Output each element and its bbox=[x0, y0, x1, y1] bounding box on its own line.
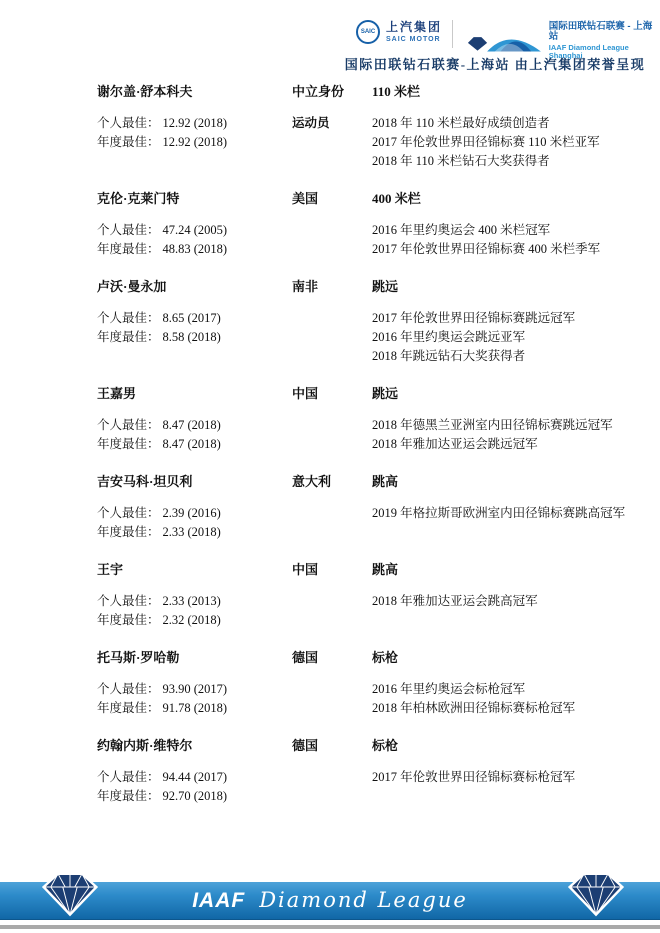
sb-label: 年度最佳： bbox=[97, 613, 160, 627]
footer-brand-league: Diamond League bbox=[259, 888, 468, 912]
sb-value: 2.33 (2018) bbox=[163, 525, 221, 539]
pb-label: 个人最佳： bbox=[97, 418, 160, 432]
athlete-block: 约翰内斯·维特尔 德国 标枪 个人最佳：94.44 (2017) 年度最佳：92… bbox=[97, 738, 642, 806]
pb-label: 个人最佳： bbox=[97, 506, 160, 520]
achievement: 2018 年跳远钻石大奖获得者 bbox=[372, 347, 642, 366]
saic-name-cn: 上汽集团 bbox=[386, 21, 442, 33]
athlete-event: 400 米栏 bbox=[372, 191, 642, 206]
page-bottom-edge bbox=[0, 925, 660, 929]
achievement: 2018 年雅加达亚运会跳远冠军 bbox=[372, 435, 642, 454]
athlete-event: 110 米栏 bbox=[372, 84, 642, 99]
athlete-block: 谢尔盖·舒本科夫 中立身份 110 米栏 个人最佳：12.92 (2018) 年… bbox=[97, 84, 642, 171]
athlete-name: 约翰内斯·维特尔 bbox=[97, 738, 292, 753]
achievement: 2017 年伦敦世界田径锦标赛跳远冠军 bbox=[372, 309, 642, 328]
pb-value: 94.44 (2017) bbox=[163, 770, 228, 784]
athlete-name: 托马斯·罗哈勒 bbox=[97, 650, 292, 665]
achievement: 2018 年 110 米栏最好成绩创造者 bbox=[372, 114, 642, 133]
athlete-nationality-line2: 运动员 bbox=[292, 114, 372, 171]
achievement: 2016 年里约奥运会跳远亚军 bbox=[372, 328, 642, 347]
athlete-block: 王嘉男 中国 跳远 个人最佳：8.47 (2018) 年度最佳：8.47 (20… bbox=[97, 386, 642, 454]
sb-label: 年度最佳： bbox=[97, 135, 160, 149]
achievement: 2018 年雅加达亚运会跳高冠军 bbox=[372, 592, 642, 611]
sb-label: 年度最佳： bbox=[97, 701, 160, 715]
sb-value: 8.58 (2018) bbox=[163, 330, 221, 344]
sb-value: 2.32 (2018) bbox=[163, 613, 221, 627]
pb-value: 47.24 (2005) bbox=[163, 223, 228, 237]
pb-value: 8.47 (2018) bbox=[163, 418, 221, 432]
athlete-nationality: 美国 bbox=[292, 191, 372, 206]
saic-logo-icon: SAIC bbox=[356, 20, 380, 44]
saic-name-en: SAIC MOTOR bbox=[386, 36, 442, 43]
athlete-name: 卢沃·曼永加 bbox=[97, 279, 292, 294]
footer-brand-iaaf: IAAF bbox=[192, 889, 245, 912]
sb-label: 年度最佳： bbox=[97, 330, 160, 344]
athlete-nationality: 中国 bbox=[292, 386, 372, 401]
sb-value: 91.78 (2018) bbox=[163, 701, 228, 715]
pb-label: 个人最佳： bbox=[97, 311, 160, 325]
athlete-name: 王宇 bbox=[97, 562, 292, 577]
sb-label: 年度最佳： bbox=[97, 242, 160, 256]
athlete-block: 托马斯·罗哈勒 德国 标枪 个人最佳：93.90 (2017) 年度最佳：91.… bbox=[97, 650, 642, 718]
achievement: 2016 年里约奥运会标枪冠军 bbox=[372, 680, 642, 699]
saic-logo: SAIC 上汽集团 SAIC MOTOR bbox=[356, 20, 442, 44]
athlete-nationality: 意大利 bbox=[292, 474, 372, 489]
pb-label: 个人最佳： bbox=[97, 770, 160, 784]
pb-value: 12.92 (2018) bbox=[163, 116, 228, 130]
document-page: SAIC 上汽集团 SAIC MOTOR 国际田联钻石联赛 - 上海站 IAAF… bbox=[0, 0, 660, 933]
page-title: 国际田联钻石联赛-上海站 由上汽集团荣誉呈现 bbox=[300, 54, 660, 73]
athlete-event: 跳远 bbox=[372, 386, 642, 401]
athlete-event: 标枪 bbox=[372, 738, 642, 753]
athlete-block: 卢沃·曼永加 南非 跳远 个人最佳：8.65 (2017) 年度最佳：8.58 … bbox=[97, 279, 642, 366]
pb-value: 2.39 (2016) bbox=[163, 506, 221, 520]
pb-value: 2.33 (2013) bbox=[163, 594, 221, 608]
sb-label: 年度最佳： bbox=[97, 789, 160, 803]
athlete-event: 跳远 bbox=[372, 279, 642, 294]
athlete-name: 王嘉男 bbox=[97, 386, 292, 401]
dl-name-cn: 国际田联钻石联赛 - 上海站 bbox=[549, 22, 660, 41]
achievement: 2017 年伦敦世界田径锦标赛 110 米栏亚军 bbox=[372, 133, 642, 152]
athlete-name: 谢尔盖·舒本科夫 bbox=[97, 84, 292, 99]
sb-value: 92.70 (2018) bbox=[163, 789, 228, 803]
athlete-name: 克伦·克莱门特 bbox=[97, 191, 292, 206]
athlete-block: 王宇 中国 跳高 个人最佳：2.33 (2013) 年度最佳：2.32 (201… bbox=[97, 562, 642, 630]
achievement: 2017 年伦敦世界田径锦标赛 400 米栏季军 bbox=[372, 240, 642, 259]
pb-value: 93.90 (2017) bbox=[163, 682, 228, 696]
footer-brand: IAAFDiamond League bbox=[0, 888, 660, 913]
athlete-list: 谢尔盖·舒本科夫 中立身份 110 米栏 个人最佳：12.92 (2018) 年… bbox=[97, 84, 642, 826]
athlete-event: 跳高 bbox=[372, 562, 642, 577]
pb-label: 个人最佳： bbox=[97, 116, 160, 130]
sb-value: 12.92 (2018) bbox=[163, 135, 228, 149]
header-divider bbox=[452, 20, 453, 48]
athlete-block: 克伦·克莱门特 美国 400 米栏 个人最佳：47.24 (2005) 年度最佳… bbox=[97, 191, 642, 259]
achievement: 2018 年 110 米栏钻石大奖获得者 bbox=[372, 152, 642, 171]
sb-label: 年度最佳： bbox=[97, 525, 160, 539]
achievement: 2018 年德黑兰亚洲室内田径锦标赛跳远冠军 bbox=[372, 416, 642, 435]
achievement: 2018 年柏林欧洲田径锦标赛标枪冠军 bbox=[372, 699, 642, 718]
athlete-nationality: 德国 bbox=[292, 650, 372, 665]
diamond-league-logo-icon bbox=[466, 27, 543, 54]
sb-label: 年度最佳： bbox=[97, 437, 160, 451]
sb-value: 8.47 (2018) bbox=[163, 437, 221, 451]
athlete-nationality: 中立身份 bbox=[292, 84, 372, 99]
pb-value: 8.65 (2017) bbox=[163, 311, 221, 325]
achievement: 2016 年里约奥运会 400 米栏冠军 bbox=[372, 221, 642, 240]
sb-value: 48.83 (2018) bbox=[163, 242, 228, 256]
pb-label: 个人最佳： bbox=[97, 682, 160, 696]
athlete-nationality: 南非 bbox=[292, 279, 372, 294]
pb-label: 个人最佳： bbox=[97, 594, 160, 608]
athlete-nationality: 德国 bbox=[292, 738, 372, 753]
achievement: 2017 年伦敦世界田径锦标赛标枪冠军 bbox=[372, 768, 642, 787]
athlete-name: 吉安马科·坦贝利 bbox=[97, 474, 292, 489]
athlete-event: 标枪 bbox=[372, 650, 642, 665]
page-header: SAIC 上汽集团 SAIC MOTOR 国际田联钻石联赛 - 上海站 IAAF… bbox=[0, 0, 660, 80]
athlete-nationality: 中国 bbox=[292, 562, 372, 577]
athlete-block: 吉安马科·坦贝利 意大利 跳高 个人最佳：2.39 (2016) 年度最佳：2.… bbox=[97, 474, 642, 542]
pb-label: 个人最佳： bbox=[97, 223, 160, 237]
achievement: 2019 年格拉斯哥欧洲室内田径锦标赛跳高冠军 bbox=[372, 504, 642, 523]
athlete-event: 跳高 bbox=[372, 474, 642, 489]
